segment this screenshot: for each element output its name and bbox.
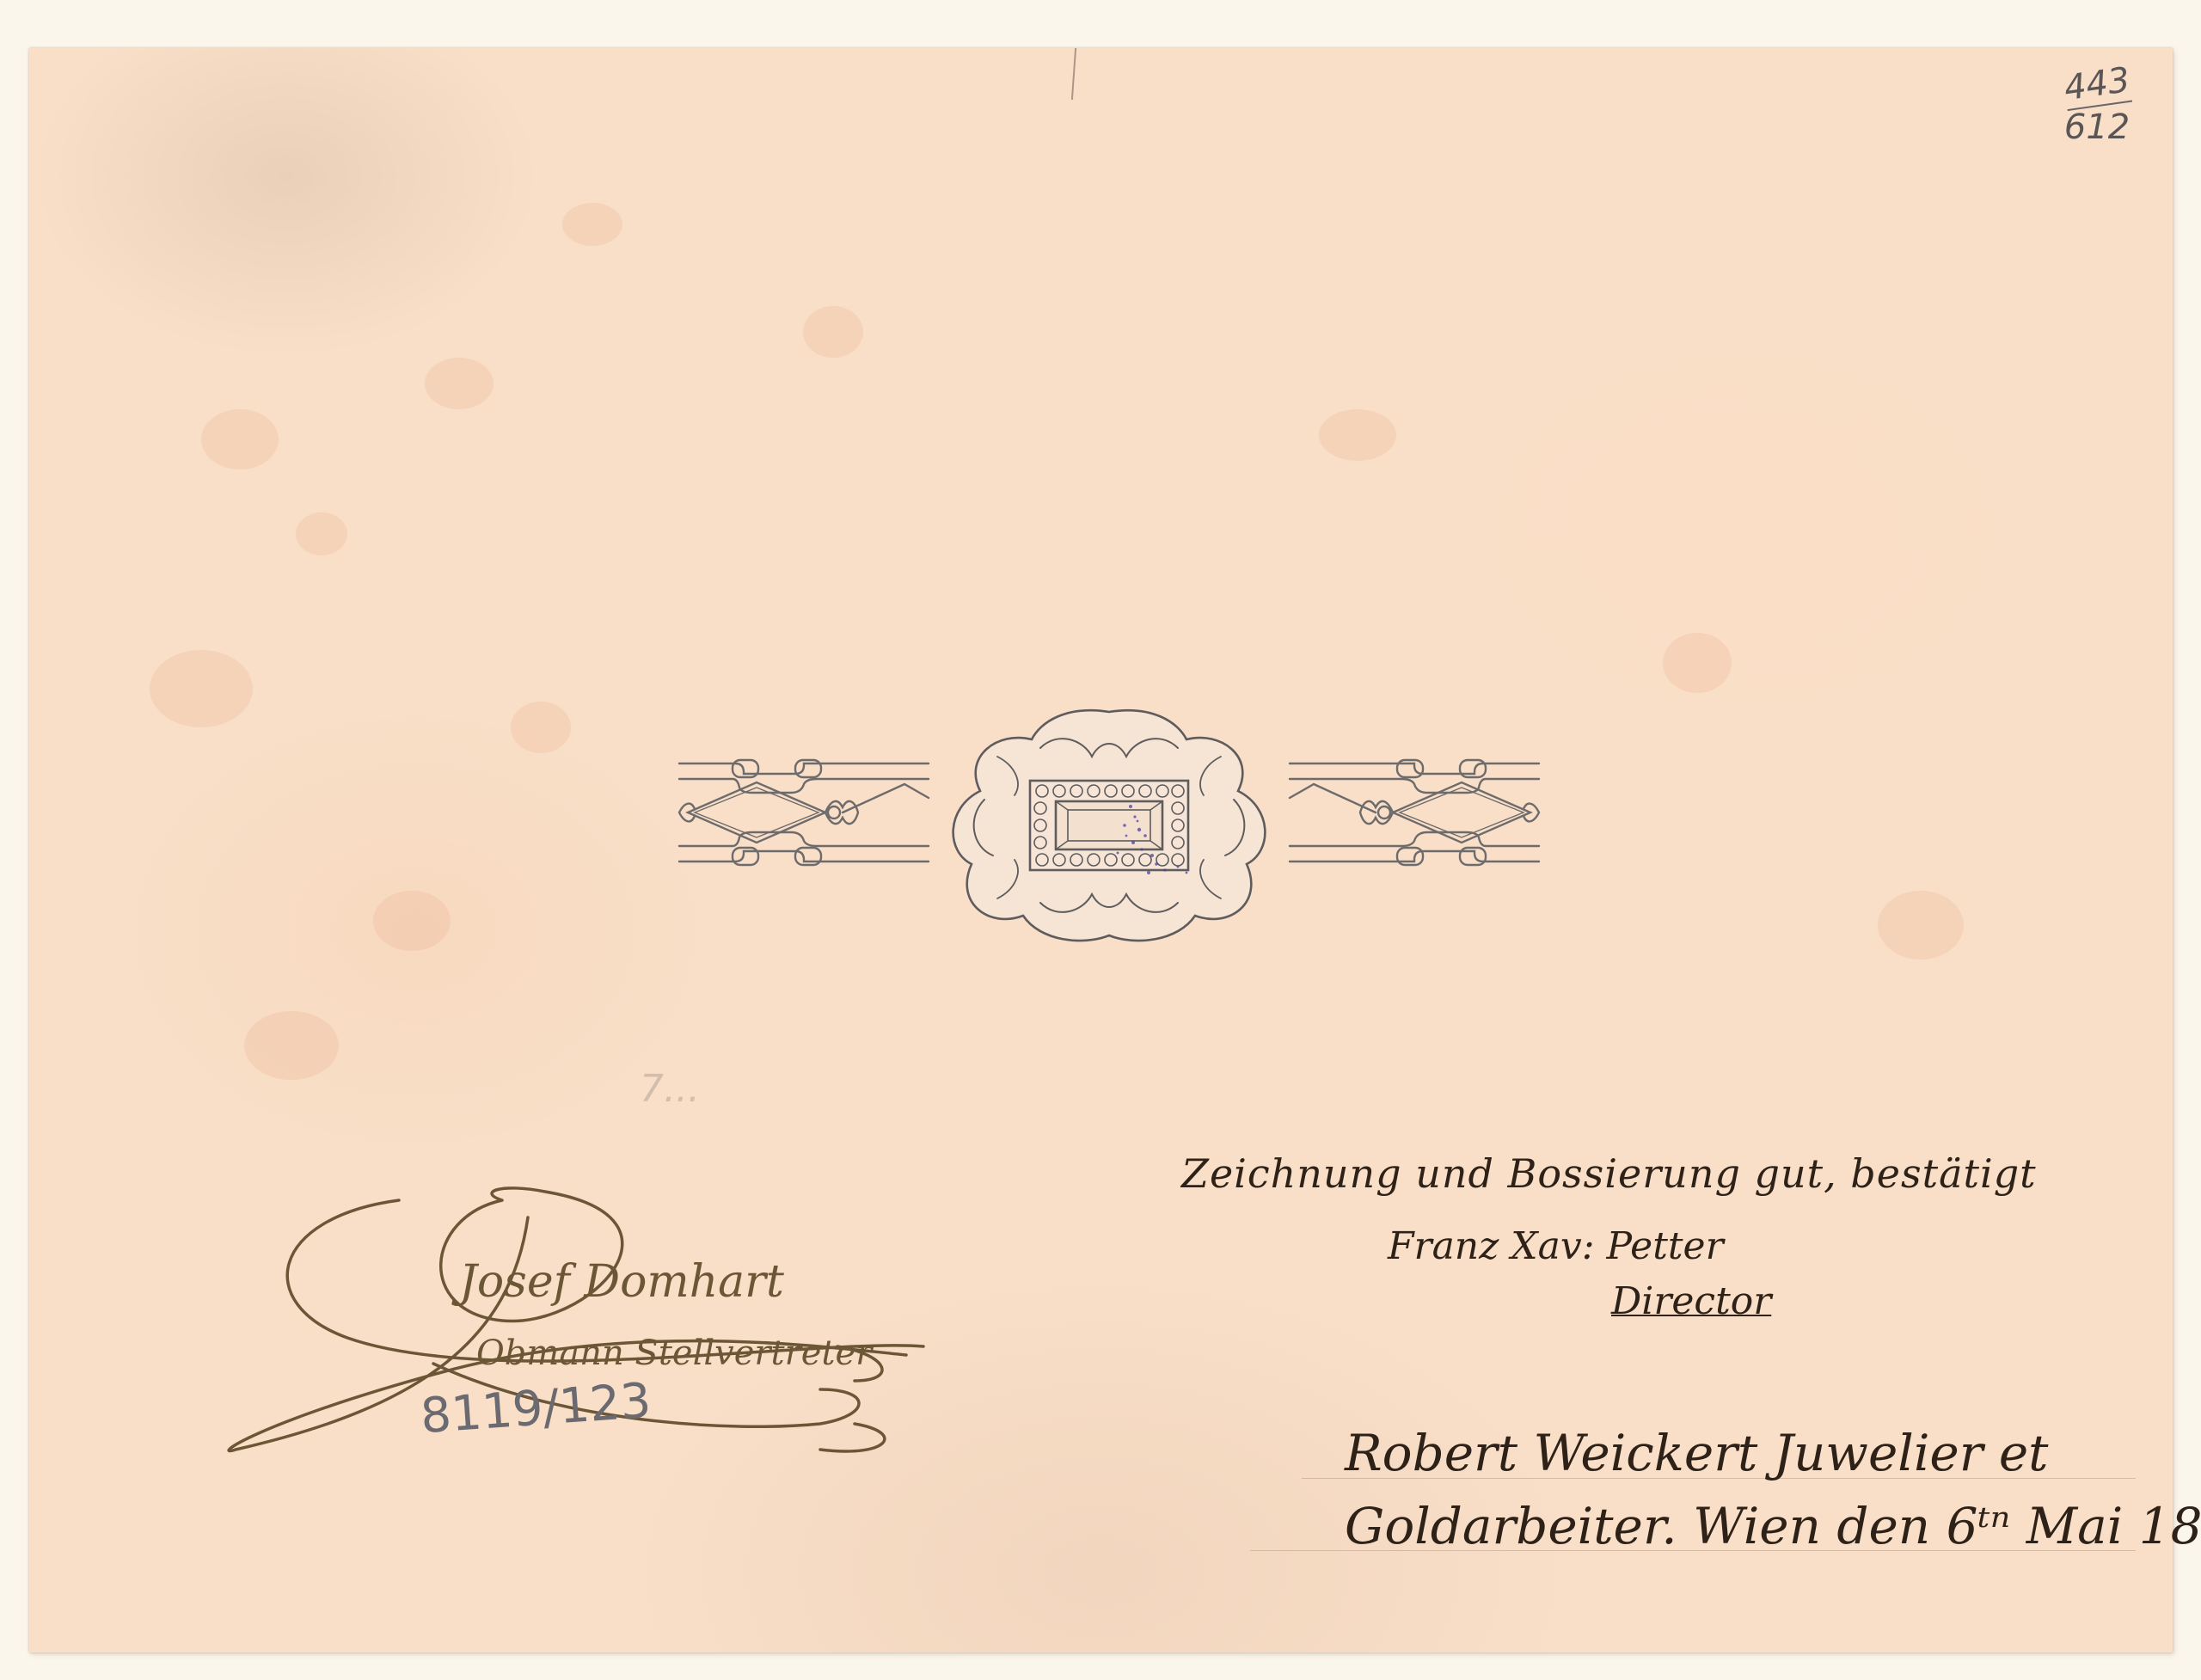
left-band (679, 760, 929, 865)
maker-line-1: Robert Weickert Juwelier et (1345, 1424, 2049, 1482)
inventory-mark-top-right: 443 612 (2037, 64, 2157, 148)
signature-title: Obmann Stellvertreter (476, 1334, 872, 1373)
signature-name: Josef Domhart (459, 1256, 784, 1308)
approval-title: Director (1611, 1279, 1771, 1323)
right-band (1290, 760, 1539, 865)
maker-line-2: Goldarbeiter. Wien den 6ᵗⁿ Mai 1847. (1345, 1497, 2201, 1555)
paper-tear (1071, 48, 1080, 100)
central-rosette (953, 710, 1266, 941)
approval-line: Zeichnung und Bossierung gut, bestätigt (1181, 1150, 2037, 1197)
approval-signer: Franz Xav: Petter (1388, 1224, 1724, 1268)
faint-pencil-mark: 7... (640, 1067, 700, 1111)
inventory-number-1: 443 (2062, 59, 2133, 111)
inventory-number-2: 612 (2037, 107, 2157, 148)
bracelet-drawing (671, 705, 1548, 946)
